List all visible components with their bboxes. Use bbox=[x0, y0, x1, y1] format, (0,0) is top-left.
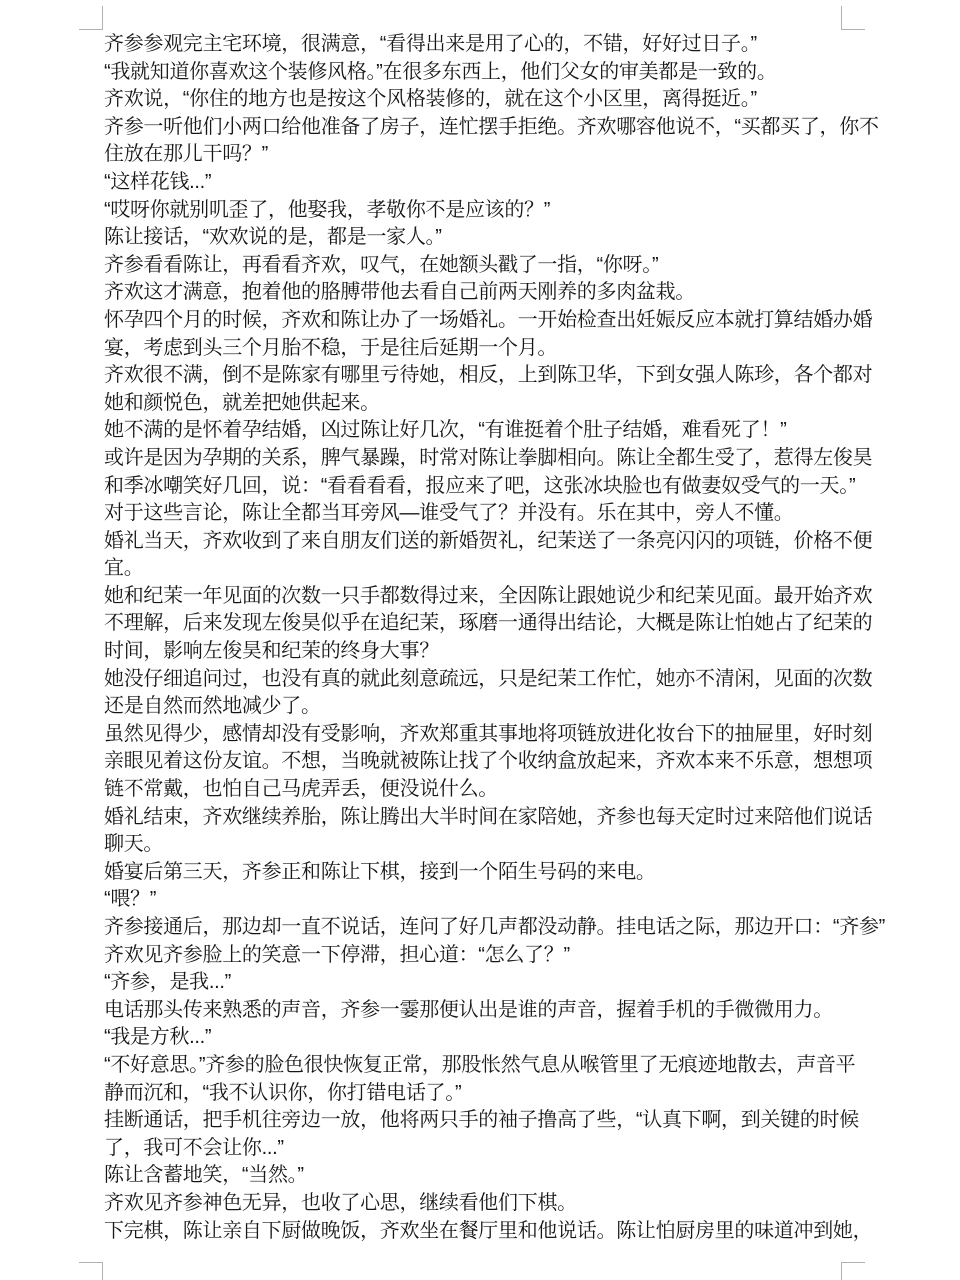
text-line: 齐欢见齐参神色无异，也收了心思，继续看他们下棋。 bbox=[104, 1190, 848, 1218]
text-boundary-mark-top-right bbox=[841, 6, 865, 30]
text-line: 静而沉和，“我不认识你，你打错电话了。” bbox=[104, 1080, 848, 1108]
text-line: 虽然见得少，感情却没有受影响，齐欢郑重其事地将项链放进化妆台下的抽屉里，好时刻 bbox=[104, 721, 848, 749]
text-line: 亲眼见着这份友谊。不想，当晚就被陈让找了个收纳盒放起来，齐欢本来不乐意，想想项 bbox=[104, 748, 848, 776]
text-line: 齐欢见齐参脸上的笑意一下停滞，担心道：“怎么了？” bbox=[104, 942, 848, 970]
text-line: 她不满的是怀着孕结婚，凶过陈让好几次，“有谁挺着个肚子结婚，难看死了！” bbox=[104, 417, 848, 445]
text-line: 齐参一听他们小两口给他准备了房子，连忙摆手拒绝。齐欢哪容他说不，“买都买了，你不 bbox=[104, 114, 848, 142]
text-boundary-mark-bottom-left bbox=[79, 1262, 103, 1280]
text-line: 链不常戴，也怕自己马虎弄丢，便没说什么。 bbox=[104, 776, 848, 804]
text-line: 齐欢说，“你住的地方也是按这个风格装修的，就在这个小区里，离得挺近。” bbox=[104, 86, 848, 114]
text-line: “这样花钱...” bbox=[104, 169, 848, 197]
text-line: 挂断通话，把手机往旁边一放，他将两只手的袖子撸高了些，“认真下啊，到关键的时候 bbox=[104, 1107, 848, 1135]
text-line: 陈让含蓄地笑，“当然。” bbox=[104, 1162, 848, 1190]
document-text: 齐参参观完主宅环境，很满意，“看得出来是用了心的，不错，好好过日子。”“我就知道… bbox=[104, 31, 848, 1245]
text-line: 齐欢这才满意，抱着他的胳膊带他去看自己前两天刚养的多肉盆栽。 bbox=[104, 279, 848, 307]
text-boundary-mark-bottom-right bbox=[841, 1262, 865, 1280]
text-line: 婚宴后第三天，齐参正和陈让下棋，接到一个陌生号码的来电。 bbox=[104, 859, 848, 887]
text-line: 和季冰嘲笑好几回，说：“看看看看，报应来了吧，这张冰块脸也有做妻奴受气的一天。” bbox=[104, 473, 848, 501]
text-line: 她和纪茉一年见面的次数一只手都数得过来，全因陈让跟她说少和纪茉见面。最开始齐欢 bbox=[104, 583, 848, 611]
text-line: “我是方秋...” bbox=[104, 1024, 848, 1052]
text-line: 婚礼结束，齐欢继续养胎，陈让腾出大半时间在家陪她，齐参也每天定时过来陪他们说话 bbox=[104, 804, 848, 832]
text-line: 时间，影响左俊昊和纪茉的终身大事？ bbox=[104, 638, 848, 666]
text-line: “喂？” bbox=[104, 886, 848, 914]
text-line: 对于这些言论，陈让全都当耳旁风—谁受气了？并没有。乐在其中，旁人不懂。 bbox=[104, 500, 848, 528]
text-line: 住放在那儿干吗？” bbox=[104, 141, 848, 169]
text-line: 聊天。 bbox=[104, 831, 848, 859]
text-line: 下完棋，陈让亲自下厨做晚饭，齐欢坐在餐厅里和他说话。陈让怕厨房里的味道冲到她， bbox=[104, 1218, 848, 1246]
text-line: “哎呀你就别叽歪了，他娶我，孝敬你不是应该的？” bbox=[104, 197, 848, 225]
text-line: 齐参参观完主宅环境，很满意，“看得出来是用了心的，不错，好好过日子。” bbox=[104, 31, 848, 59]
text-line: 还是自然而然地减少了。 bbox=[104, 693, 848, 721]
text-line: 怀孕四个月的时候，齐欢和陈让办了一场婚礼。一开始检查出妊娠反应本就打算结婚办婚 bbox=[104, 307, 848, 335]
text-line: 她和颜悦色，就差把她供起来。 bbox=[104, 390, 848, 418]
text-line: 了，我可不会让你...” bbox=[104, 1135, 848, 1163]
text-line: 婚礼当天，齐欢收到了来自朋友们送的新婚贺礼，纪茉送了一条亮闪闪的项链，价格不便 bbox=[104, 528, 848, 556]
text-line: 宴，考虑到头三个月胎不稳，于是往后延期一个月。 bbox=[104, 335, 848, 363]
document-page: 齐参参观完主宅环境，很满意，“看得出来是用了心的，不错，好好过日子。”“我就知道… bbox=[0, 0, 960, 1280]
text-line: 或许是因为孕期的关系，脾气暴躁，时常对陈让拳脚相向。陈让全都生受了，惹得左俊昊 bbox=[104, 445, 848, 473]
text-line: “我就知道你喜欢这个装修风格。”在很多东西上，他们父女的审美都是一致的。 bbox=[104, 59, 848, 87]
text-line: “齐参，是我...” bbox=[104, 969, 848, 997]
text-line: 齐参接通后，那边却一直不说话，连问了好几声都没动静。挂电话之际，那边开口：“齐参… bbox=[104, 914, 848, 942]
text-line: 她没仔细追问过，也没有真的就此刻意疏远，只是纪茉工作忙，她亦不清闲，见面的次数 bbox=[104, 666, 848, 694]
text-line: 陈让接话，“欢欢说的是，都是一家人。” bbox=[104, 224, 848, 252]
text-line: 齐欢很不满，倒不是陈家有哪里亏待她，相反，上到陈卫华，下到女强人陈珍，各个都对 bbox=[104, 362, 848, 390]
text-line: 电话那头传来熟悉的声音，齐参一霎那便认出是谁的声音，握着手机的手微微用力。 bbox=[104, 997, 848, 1025]
text-line: 齐参看看陈让，再看看齐欢，叹气，在她额头戳了一指，“你呀。” bbox=[104, 252, 848, 280]
text-line: 不理解，后来发现左俊昊似乎在追纪茉，琢磨一通得出结论，大概是陈让怕她占了纪茉的 bbox=[104, 610, 848, 638]
text-line: “不好意思。”齐参的脸色很快恢复正常，那股怅然气息从喉管里了无痕迹地散去，声音平 bbox=[104, 1052, 848, 1080]
text-line: 宜。 bbox=[104, 555, 848, 583]
text-boundary-mark-top-left bbox=[79, 6, 103, 30]
